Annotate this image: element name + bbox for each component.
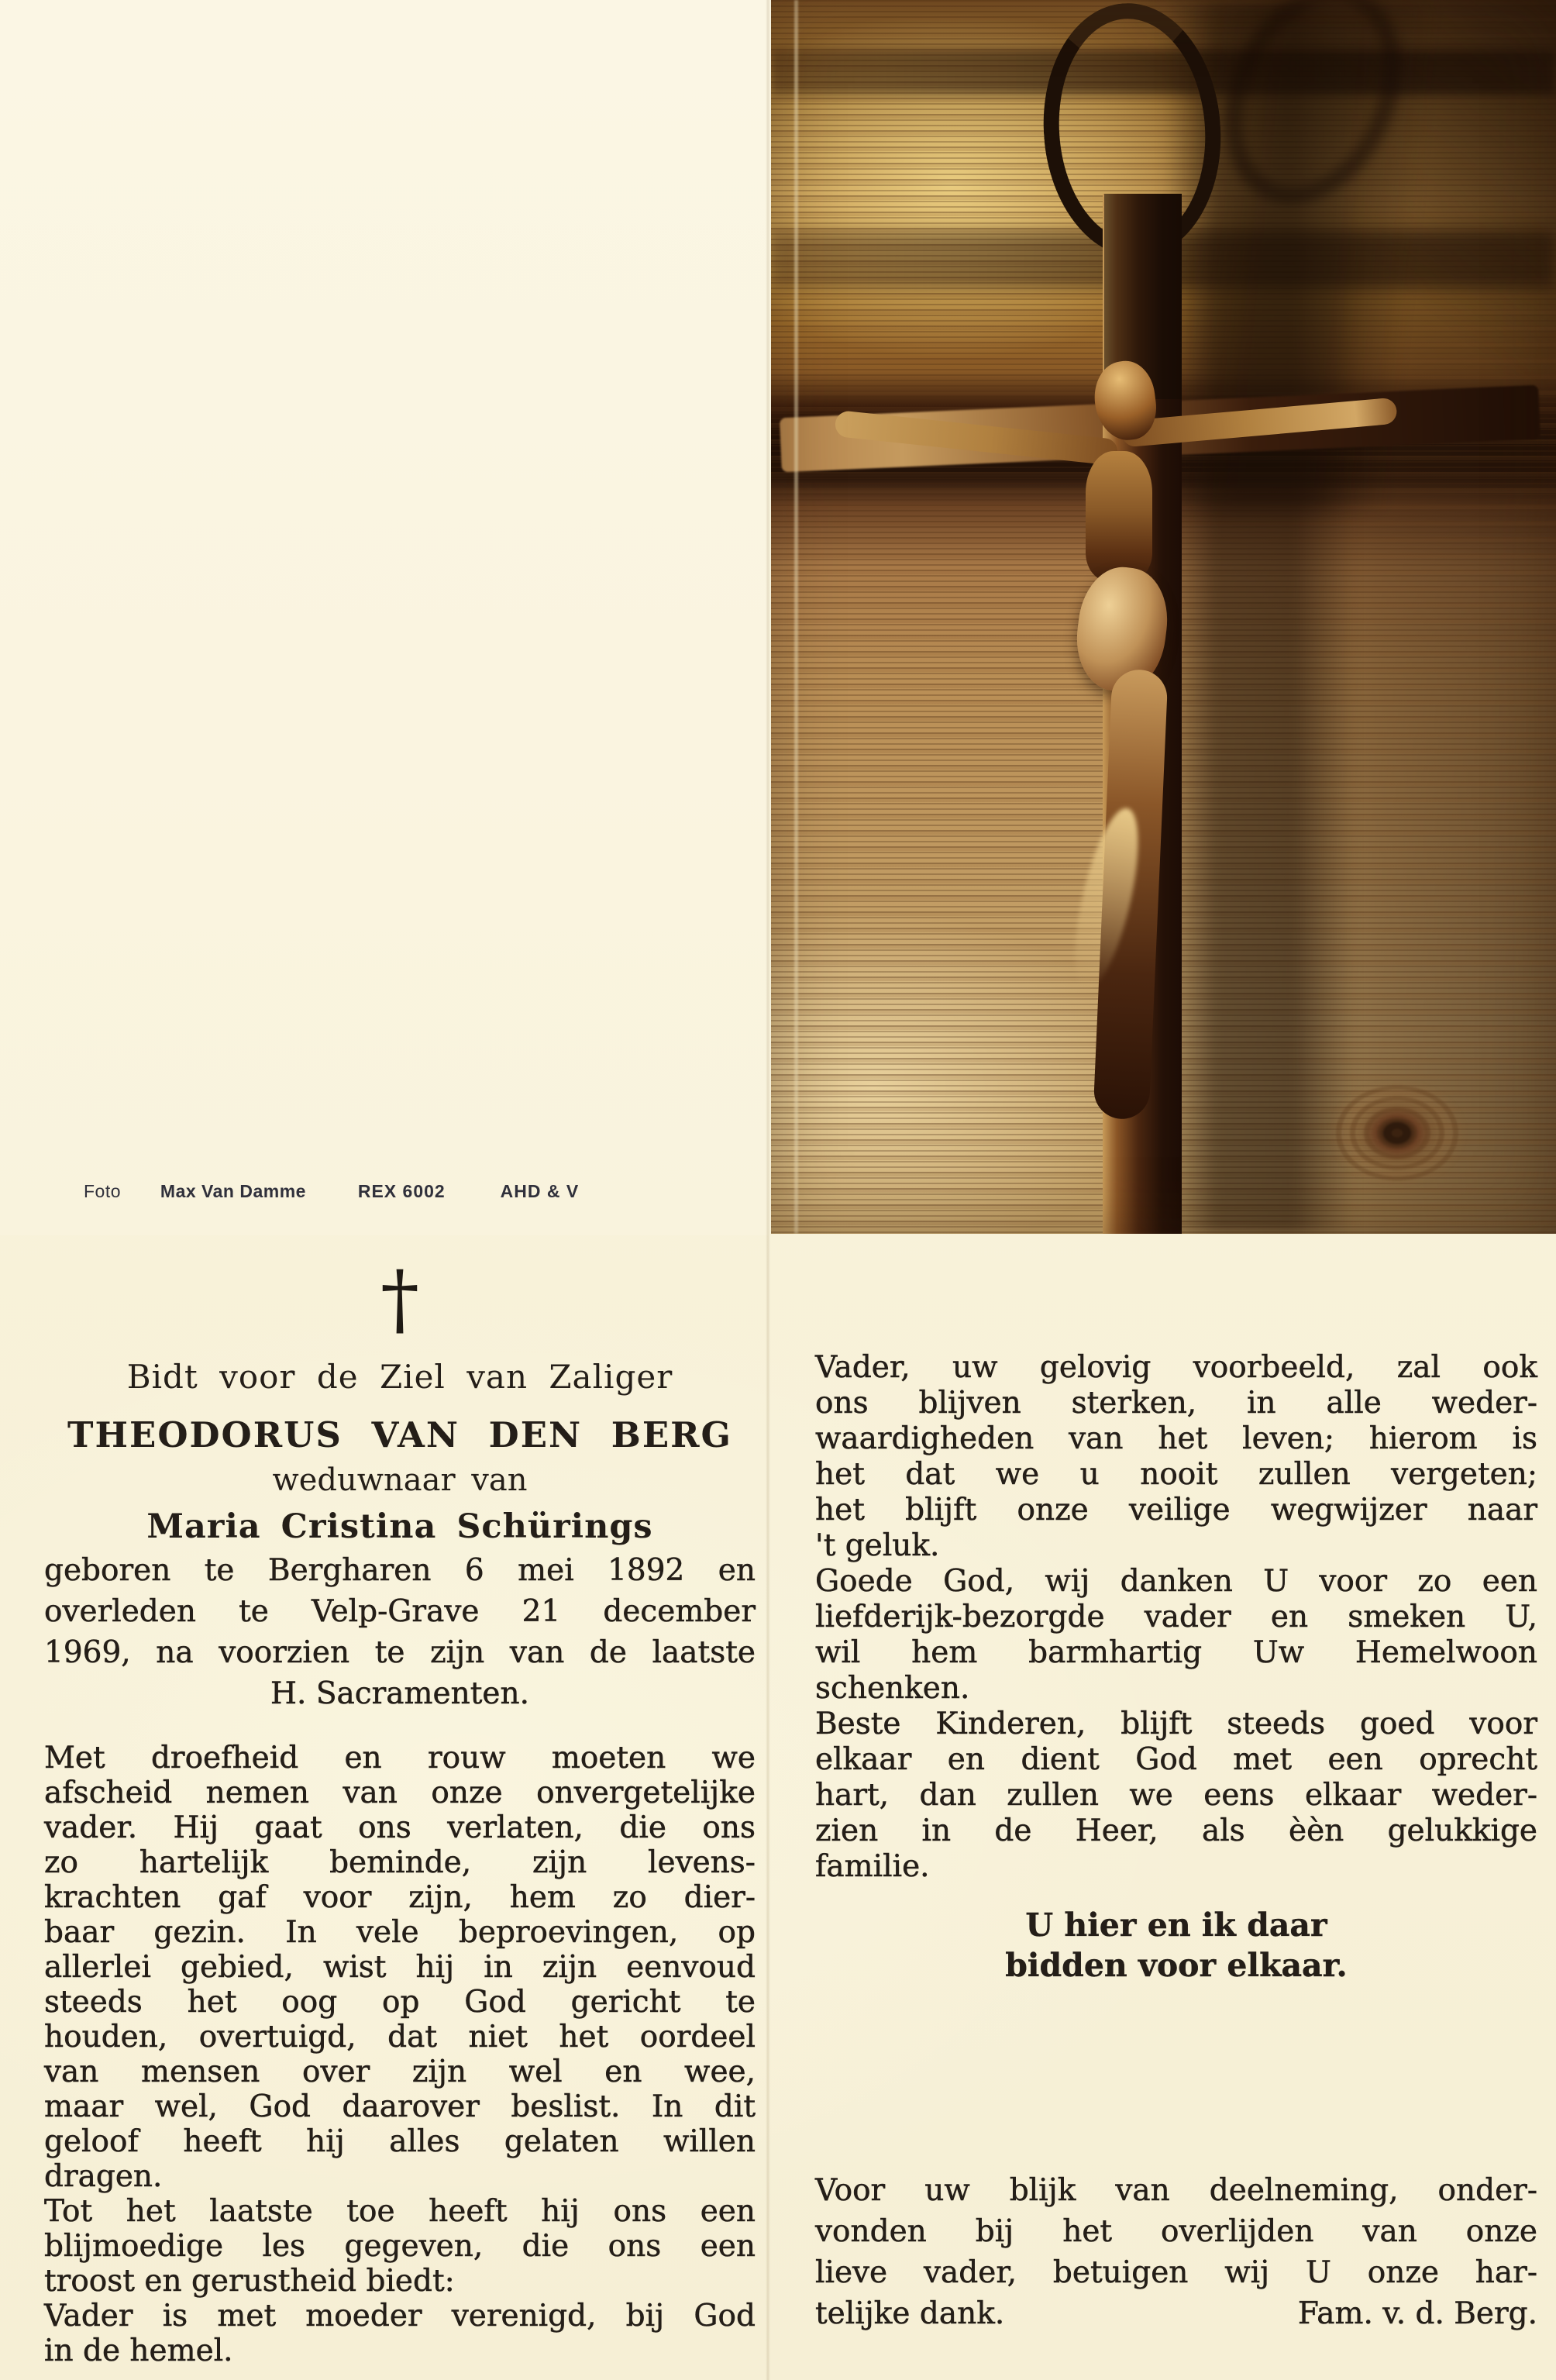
text-line: van mensen over zijn wel en wee,: [44, 2055, 756, 2089]
text-line: U hier en ik daar: [815, 1905, 1537, 1945]
center-fold-line: [766, 0, 770, 2380]
text-line: zien in de Heer, als èèn gelukkige: [815, 1813, 1537, 1849]
text-line: maar wel, God daarover beslist. In dit: [44, 2089, 756, 2124]
back-page: [0, 0, 769, 1235]
text-line: allerlei gebied, wist hij in zijn eenvou…: [44, 1950, 756, 1985]
signature: Fam. v. d. Berg.: [1298, 2293, 1537, 2334]
text-line: vader. Hij gaat ons verlaten, die ons: [44, 1810, 756, 1845]
text-line: zo hartelijk beminde, zijn levens-: [44, 1845, 756, 1880]
text-line-left: telijke dank.: [815, 2293, 1004, 2334]
text-line: geboren te Bergharen 6 mei 1892 en: [44, 1550, 756, 1591]
text-line: Tot het laatste toe heeft hij ons een: [44, 2194, 756, 2229]
text-line: schenken.: [815, 1671, 1537, 1707]
text-line: Voor uw blijk van deelneming, onder-: [815, 2170, 1537, 2211]
text-line: 't geluk.: [815, 1528, 1537, 1564]
credit-studio: Max Van Damme: [160, 1181, 306, 1202]
text-line: steeds het oog op God gericht te: [44, 1985, 756, 2020]
text-line: geloof heeft hij alles gelaten willen: [44, 2124, 756, 2159]
text-line: krachten gaf voor zijn, hem zo dier-: [44, 1880, 756, 1915]
text-line: wil hem barmhartig Uw Hemelwoon: [815, 1635, 1537, 1671]
text-line: hart, dan zullen we eens elkaar weder-: [815, 1778, 1537, 1813]
memorial-left-column: † Bidt voor de Ziel van Zaliger THEODORU…: [44, 1249, 756, 2368]
cross-icon: †: [44, 1249, 756, 1350]
text-line: Beste Kinderen, blijft steeds goed voor: [815, 1707, 1537, 1742]
deceased-name: THEODORUS VAN DEN BERG: [44, 1414, 756, 1457]
text-line: H. Sacramenten.: [44, 1673, 756, 1714]
text-line: lieve vader, betuigen wij U onze har-: [815, 2252, 1537, 2293]
credit-code: REX 6002: [358, 1181, 446, 1202]
text-line: baar gezin. In vele beproevingen, op: [44, 1915, 756, 1950]
text-line: het blijft onze veilige wegwijzer naar: [815, 1493, 1537, 1528]
crucifix-photo: [771, 0, 1556, 1234]
text-line: afscheid nemen van onze onvergetelijke: [44, 1776, 756, 1810]
text-line: Goede God, wij danken U voor zo een: [815, 1564, 1537, 1600]
memorial-right-column: Vader, uw gelovig voorbeeld, zal ookons …: [815, 1350, 1537, 2334]
text-line: telijke dank.Fam. v. d. Berg.: [815, 2293, 1537, 2334]
text-line: 1969, na voorzien te zijn van de laatste: [44, 1632, 756, 1673]
text-line: houden, overtuigd, dat niet het oordeel: [44, 2020, 756, 2055]
text-line: Met droefheid en rouw moeten we: [44, 1741, 756, 1776]
text-line: in de hemel.: [44, 2334, 756, 2368]
text-line: liefderijk-bezorgde vader en smeken U,: [815, 1600, 1537, 1635]
memorial-intro: Bidt voor de Ziel van Zaliger: [44, 1356, 756, 1398]
memorial-text-left: Met droefheid en rouw moeten weafscheid …: [44, 1741, 756, 2368]
text-line: ons blijven sterken, in alle weder-: [815, 1386, 1537, 1421]
text-line: het dat we u nooit zullen vergeten;: [815, 1457, 1537, 1493]
text-line: overleden te Velp-Grave 21 december: [44, 1591, 756, 1632]
photo-credit: Foto Max Van Damme REX 6002 AHD & V: [84, 1181, 579, 1202]
text-line: waardigheden van het leven; hierom is: [815, 1421, 1537, 1457]
prayer-card-scan: Foto Max Van Damme REX 6002 AHD & V † Bi…: [0, 0, 1556, 2380]
text-line: Vader, uw gelovig voorbeeld, zal ook: [815, 1350, 1537, 1386]
text-line: familie.: [815, 1849, 1537, 1885]
text-line: bidden voor elkaar.: [815, 1945, 1537, 1986]
relation-label: weduwnaar van: [44, 1460, 756, 1500]
memorial-text-right: Vader, uw gelovig voorbeeld, zal ookons …: [815, 1350, 1537, 1885]
prayer-couplet: U hier en ik daarbidden voor elkaar.: [815, 1905, 1537, 1986]
vital-dates-paragraph: geboren te Bergharen 6 mei 1892 enoverle…: [44, 1550, 756, 1714]
credit-foto-label: Foto: [84, 1181, 121, 1202]
text-line: elkaar en dient God met een oprecht: [815, 1742, 1537, 1778]
text-line: Vader is met moeder verenigd, bij God: [44, 2299, 756, 2334]
spouse-name: Maria Cristina Schürings: [44, 1505, 756, 1548]
text-line: blijmoedige les gegeven, die ons een: [44, 2229, 756, 2264]
photo-vignette: [771, 0, 1556, 1234]
thanks-paragraph: Voor uw blijk van deelneming, onder-vond…: [815, 2170, 1537, 2334]
text-line: dragen.: [44, 2159, 756, 2194]
text-line: vonden bij het overlijden van onze: [815, 2211, 1537, 2252]
credit-code2: AHD & V: [501, 1181, 580, 1202]
text-line: troost en gerustheid biedt:: [44, 2264, 756, 2299]
